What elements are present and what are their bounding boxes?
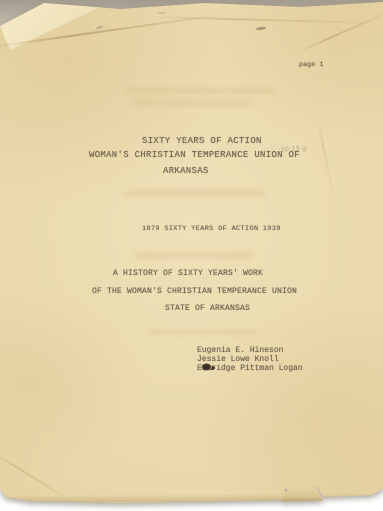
staple-mark: [96, 25, 104, 30]
crease-line: [296, 7, 383, 53]
title-line-1: SIXTY YEARS OF ACTION: [142, 136, 262, 146]
ink-blot: [201, 363, 212, 371]
bleedthrough-smudge: [148, 330, 256, 335]
page-number: page 1: [299, 61, 323, 69]
torn-corner-flap: [0, 0, 110, 52]
pencil-annotation: 30 15 g: [280, 144, 307, 154]
history-line-3: STATE OF ARKANSAS: [165, 304, 250, 313]
title-line-2: WOMAN'S CHRISTIAN TEMPERANCE UNION OF: [89, 150, 300, 160]
author-line-1: Eugenia E. Hineson: [197, 346, 283, 355]
crease-line: [317, 121, 335, 200]
paper-sheet: page 1 SIXTY YEARS OF ACTION WOMAN'S CHR…: [0, 0, 383, 511]
dirt-mark: [158, 12, 166, 14]
bleedthrough-smudge: [125, 88, 275, 94]
author-line-3: Eskridge Pittman Logan: [197, 364, 303, 373]
scanned-document-page: { "document": { "page_label": "page 1", …: [0, 0, 383, 511]
bleedthrough-smudge: [125, 190, 265, 197]
history-line-1: A HISTORY OF SIXTY YEARS' WORK: [113, 269, 263, 278]
date-line: 1879 SIXTY YEARS OF ACTION 1939: [142, 225, 281, 233]
dirt-mark: [256, 26, 266, 30]
bottom-edge-shadow: [0, 493, 383, 504]
bleedthrough-smudge: [132, 100, 250, 106]
title-line-3: ARKANSAS: [163, 166, 209, 176]
history-line-2: OF THE WOMAN'S CHRISTIAN TEMPERANCE UNIO…: [92, 287, 297, 296]
bleedthrough-smudge: [135, 252, 253, 258]
paper-sheet-wrapper: page 1 SIXTY YEARS OF ACTION WOMAN'S CHR…: [0, 0, 383, 511]
